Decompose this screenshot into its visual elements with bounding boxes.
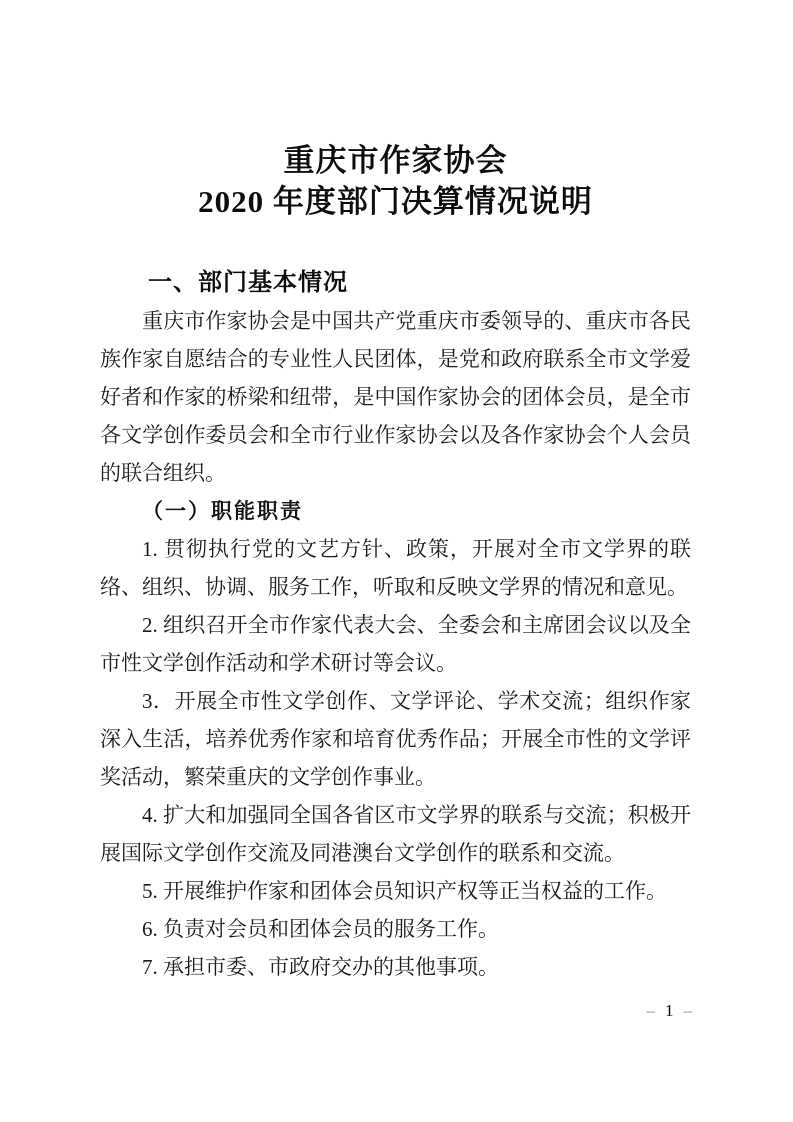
duty-item-6: 6. 负责对会员和团体会员的服务工作。 — [100, 910, 691, 948]
document-title-line2: 2020 年度部门决算情况说明 — [100, 181, 691, 222]
duty-item-7: 7. 承担市委、市政府交办的其他事项。 — [100, 948, 691, 986]
duty-item-2: 2. 组织召开全市作家代表大会、全委会和主席团会议以及全市性文学创作活动和学术研… — [100, 606, 691, 682]
document-page: 重庆市作家协会 2020 年度部门决算情况说明 一、部门基本情况 重庆市作家协会… — [0, 0, 793, 1122]
page-number-value: 1 — [655, 1001, 684, 1020]
duty-item-1: 1. 贯彻执行党的文艺方针、政策，开展对全市文学界的联络、组织、协调、服务工作，… — [100, 530, 691, 606]
duty-item-5: 5. 开展维护作家和团体会员知识产权等正当权益的工作。 — [100, 872, 691, 910]
subsection-heading-duties: （一）职能职责 — [100, 492, 691, 530]
duty-item-3: 3．开展全市性文学创作、文学评论、学术交流；组织作家深入生活，培养优秀作家和培育… — [100, 682, 691, 796]
intro-paragraph: 重庆市作家协会是中国共产党重庆市委领导的、重庆市各民族作家自愿结合的专业性人民团… — [100, 302, 691, 492]
document-body: 一、部门基本情况 重庆市作家协会是中国共产党重庆市委领导的、重庆市各民族作家自愿… — [100, 264, 691, 986]
duty-item-4: 4. 扩大和加强同全国各省区市文学界的联系与交流；积极开展国际文学创作交流及同港… — [100, 796, 691, 872]
page-number: –1– — [647, 1000, 693, 1022]
page-number-dash-right: – — [684, 1001, 693, 1020]
section-heading-basic-info: 一、部门基本情况 — [100, 264, 691, 302]
document-title-line1: 重庆市作家协会 — [100, 140, 691, 181]
document-title: 重庆市作家协会 2020 年度部门决算情况说明 — [100, 140, 691, 222]
page-number-dash-left: – — [647, 1001, 656, 1020]
